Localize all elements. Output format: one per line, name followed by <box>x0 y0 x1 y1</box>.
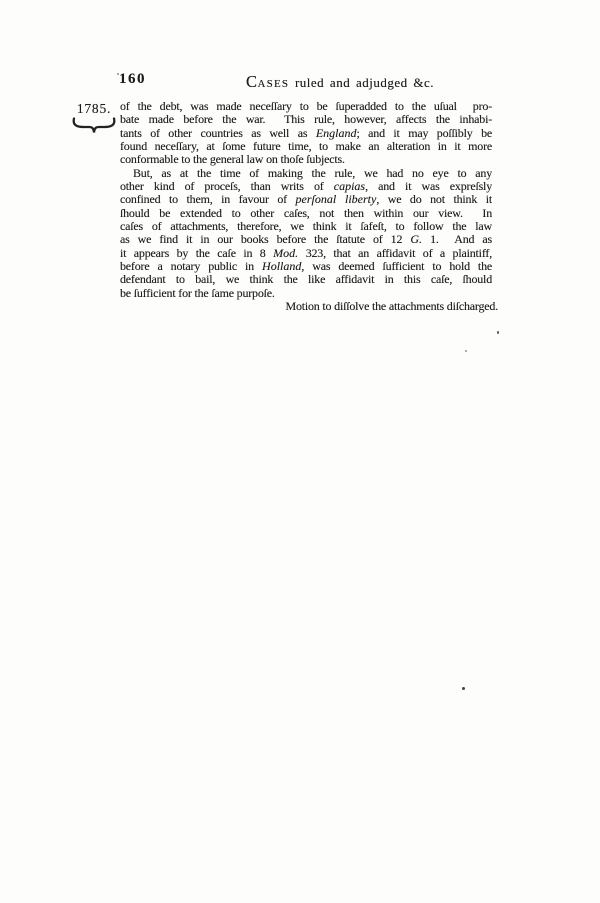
ink-speck <box>465 350 467 352</box>
closing-line: Motion to diſſolve the attachments diſch… <box>120 300 498 313</box>
text-line: defendant to bail, we think the like aff… <box>120 273 492 286</box>
text-line: caſes of attachments, therefore, we thin… <box>120 220 492 233</box>
text-line: found neceſſary, at ſome future time, to… <box>120 140 492 153</box>
running-head: CASES ruled and adjudged &c. <box>246 72 434 92</box>
brace-icon <box>71 117 117 139</box>
italic-text: G. <box>410 233 422 246</box>
text-line: it appears by the caſe in 8 Mod. 323, th… <box>120 247 492 260</box>
ink-speck <box>117 73 119 75</box>
text-line: confined to them, in favour of perſonal … <box>120 193 492 206</box>
body-text: of the debt, was made neceſſary to be ſu… <box>120 100 492 300</box>
text-line: ſhould be extended to other caſes, not t… <box>120 207 492 220</box>
margin-year: 1785. <box>72 101 116 117</box>
text-line: bate made before the war. This rule, how… <box>120 113 492 126</box>
text-line: of the debt, was made neceſſary to be ſu… <box>120 100 492 113</box>
running-head-smallcaps: ASES <box>258 78 290 90</box>
italic-text: Mod. <box>273 247 298 260</box>
text-line: tants of other countries as well as Engl… <box>120 127 492 140</box>
italic-text: capias <box>334 180 365 193</box>
italic-text: perſonal liberty <box>296 193 377 206</box>
running-head-rest: ruled and adjudged &c. <box>289 75 434 90</box>
text-line: be ſufficient for the ſame purpoſe. <box>120 287 492 300</box>
text-line: other kind of proceſs, than writs of cap… <box>120 180 492 193</box>
text-line: as we find it in our books before the ſt… <box>120 233 492 246</box>
page-number: 160 <box>119 71 146 88</box>
ink-speck <box>462 687 465 690</box>
body-column: of the debt, was made neceſſary to be ſu… <box>120 100 492 314</box>
running-head-initial: C <box>246 72 258 91</box>
text-line: before a notary public in Holland, was d… <box>120 260 492 273</box>
text-line: conformable to the general law on thoſe … <box>120 153 492 166</box>
book-page: 160 CASES ruled and adjudged &c. 1785. o… <box>0 0 600 903</box>
italic-text: England <box>316 127 357 140</box>
ink-speck <box>497 331 499 334</box>
italic-text: Holland <box>262 260 301 273</box>
text-line: But, as at the time of making the rule, … <box>120 167 492 180</box>
